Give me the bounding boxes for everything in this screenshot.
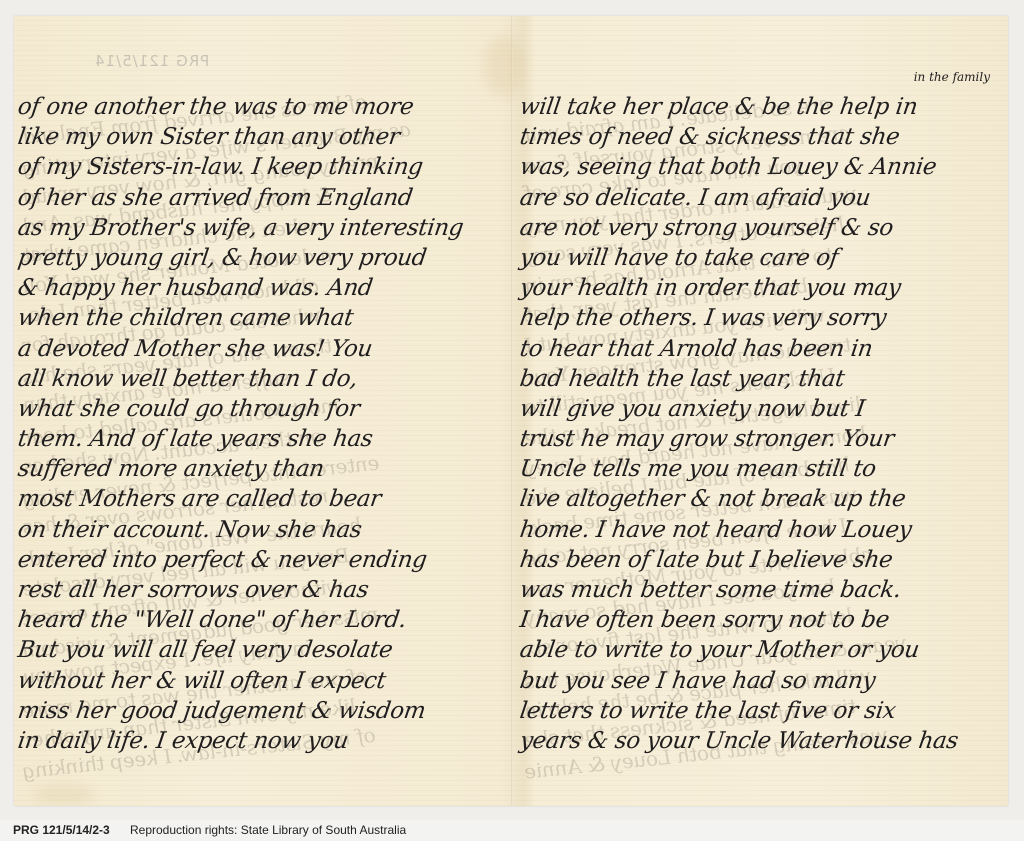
handwritten-line: pretty young girl, & how very prouda dev… bbox=[16, 243, 490, 273]
handwritten-line: without her & will often I expectof one … bbox=[16, 666, 490, 696]
line-text: to hear that Arnold has been in bbox=[518, 336, 874, 362]
line-text: times of need & sickness that she bbox=[518, 124, 901, 150]
line-text: trust he may grow stronger. Your bbox=[518, 426, 895, 452]
handwritten-line: able to write to your Mother or youyears… bbox=[518, 635, 992, 665]
line-text: I have often been sorry not to be bbox=[518, 607, 891, 633]
handwritten-line: of her as she arrived from England& happ… bbox=[16, 183, 490, 213]
line-text: are not very strong yourself & so bbox=[518, 215, 895, 241]
line-text: on their account. Now she has bbox=[16, 517, 363, 543]
handwritten-line: help the others. I was very sorrywill gi… bbox=[518, 303, 992, 333]
handwritten-line: as my Brother's wife, a very interesting… bbox=[16, 213, 490, 243]
line-text: entered into perfect & never ending bbox=[16, 547, 428, 573]
line-text: Uncle tells me you mean still to bbox=[518, 456, 877, 482]
handwritten-line: I have often been sorry not to beletters… bbox=[518, 605, 992, 635]
handwritten-line: all know well better than I do,suffered … bbox=[16, 364, 490, 394]
handwritten-line: entered into perfect & never endingBut y… bbox=[16, 545, 490, 575]
handwritten-line: of one another the was to me moreof her … bbox=[16, 92, 490, 122]
line-text: of her as she arrived from England bbox=[16, 185, 414, 211]
handwritten-line: was, seeing that both Louey & Annieyou w… bbox=[518, 152, 992, 182]
letter-sheet: PRG 121/5/14 of one another the was to m… bbox=[14, 16, 1008, 806]
line-text: letters to write the last five or six bbox=[518, 698, 897, 724]
handwritten-line: like my own Sister than any otheras my B… bbox=[16, 122, 490, 152]
line-text: help the others. I was very sorry bbox=[518, 305, 888, 331]
right-page: will take her place & be the help inare … bbox=[520, 92, 990, 756]
handwritten-line: them. And of late years she hason their … bbox=[16, 424, 490, 454]
line-text: miss her good judgement & wisdom bbox=[16, 698, 427, 724]
line-text: when the children came what bbox=[16, 305, 355, 331]
line-text: pretty young girl, & how very proud bbox=[16, 245, 428, 271]
handwritten-line: times of need & sickness that sheare not… bbox=[518, 122, 992, 152]
line-text: you will have to take care of bbox=[518, 245, 840, 271]
record-id: PRG 121/5/14/2-3 bbox=[13, 820, 110, 841]
line-text: in daily life. I expect now you bbox=[16, 728, 350, 754]
handwritten-line: was much better some time back.but you s… bbox=[518, 575, 992, 605]
line-text: heard the "Well done" of her Lord. bbox=[16, 607, 408, 633]
line-text: your health in order that you may bbox=[518, 275, 902, 301]
left-page: of one another the was to me moreof her … bbox=[18, 92, 488, 756]
handwritten-line: will take her place & be the help inare … bbox=[518, 92, 992, 122]
handwritten-line: you will have to take care ofto hear tha… bbox=[518, 243, 992, 273]
line-text: was much better some time back. bbox=[518, 577, 902, 603]
handwritten-line: are not very strong yourself & sohelp th… bbox=[518, 213, 992, 243]
line-text: suffered more anxiety than bbox=[16, 456, 325, 482]
interlinear-insertion: in the family bbox=[914, 70, 990, 84]
handwritten-line: will give you anxiety now but Ilive alto… bbox=[518, 394, 992, 424]
caption-bar: PRG 121/5/14/2-3 Reproduction rights: St… bbox=[0, 820, 1024, 841]
archive-stamp: PRG 121/5/14 bbox=[94, 52, 209, 70]
line-text: rest all her sorrows over & has bbox=[16, 577, 370, 603]
handwritten-line: but you see I have had so manywill take … bbox=[518, 666, 992, 696]
line-text: able to write to your Mother or you bbox=[518, 637, 921, 663]
line-text: bad health the last year, that bbox=[518, 366, 846, 392]
line-text: But you will all feel very desolate bbox=[16, 637, 394, 663]
handwritten-line: when the children came whatwhat she coul… bbox=[16, 303, 490, 333]
line-text: was, seeing that both Louey & Annie bbox=[518, 154, 938, 180]
page-fold bbox=[511, 16, 513, 806]
line-text: home. I have not heard how Louey bbox=[518, 517, 913, 543]
handwritten-line: has been of late but I believe sheable t… bbox=[518, 545, 992, 575]
handwritten-line: live altogether & not break up thewas mu… bbox=[518, 484, 992, 514]
handwritten-line: of my Sisters-in-law. I keep thinkingpre… bbox=[16, 152, 490, 182]
handwritten-line: home. I have not heard how LoueyI have o… bbox=[518, 515, 992, 545]
handwritten-line: bad health the last year, thatUncle tell… bbox=[518, 364, 992, 394]
line-text: of my Sisters-in-law. I keep thinking bbox=[16, 154, 424, 180]
line-text: like my own Sister than any other bbox=[16, 124, 401, 150]
line-text: them. And of late years she has bbox=[16, 426, 374, 452]
handwritten-line: most Mothers are called to bearrest all … bbox=[16, 484, 490, 514]
line-text: has been of late but I believe she bbox=[518, 547, 894, 573]
line-text: will give you anxiety now but I bbox=[518, 396, 866, 422]
handwritten-line: miss her good judgement & wisdomlike my … bbox=[16, 696, 490, 726]
handwritten-line: suffered more anxiety thanentered into p… bbox=[16, 454, 490, 484]
line-text: but you see I have had so many bbox=[518, 668, 877, 694]
document-viewer: PRG 121/5/14 of one another the was to m… bbox=[0, 0, 1024, 841]
handwritten-line: & happy her husband was. Andall know wel… bbox=[16, 273, 490, 303]
handwritten-line: what she could go through formost Mother… bbox=[16, 394, 490, 424]
handwritten-line: a devoted Mother she was! Youthem. And o… bbox=[16, 334, 490, 364]
handwritten-line: rest all her sorrows over & haswithout h… bbox=[16, 575, 490, 605]
line-text: will take her place & be the help in bbox=[518, 94, 919, 120]
handwritten-line: Uncle tells me you mean still tohas been… bbox=[518, 454, 992, 484]
handwritten-line: letters to write the last five or sixtim… bbox=[518, 696, 992, 726]
line-text: all know well better than I do, bbox=[16, 366, 359, 392]
line-text: a devoted Mother she was! You bbox=[16, 336, 374, 362]
reproduction-rights: Reproduction rights: State Library of So… bbox=[130, 820, 406, 841]
handwritten-line: But you will all feel very desolatein da… bbox=[16, 635, 490, 665]
handwritten-line: are so delicate. I am afraid youyour hea… bbox=[518, 183, 992, 213]
handwritten-line: years & so your Uncle Waterhouse haswas,… bbox=[518, 726, 992, 756]
line-text: what she could go through for bbox=[16, 396, 361, 422]
line-text: most Mothers are called to bear bbox=[16, 486, 382, 512]
handwritten-line: your health in order that you maybad hea… bbox=[518, 273, 992, 303]
line-text: without her & will often I expect bbox=[16, 668, 387, 694]
handwritten-line: trust he may grow stronger. Yourhome. I … bbox=[518, 424, 992, 454]
paper-stain bbox=[34, 786, 94, 804]
paper-stain bbox=[484, 36, 524, 96]
line-text: years & so your Uncle Waterhouse has bbox=[518, 728, 959, 754]
line-text: of one another the was to me more bbox=[16, 94, 415, 120]
line-text: & happy her husband was. And bbox=[16, 275, 374, 301]
line-text: as my Brother's wife, a very interesting bbox=[16, 215, 465, 241]
line-text: live altogether & not break up the bbox=[518, 486, 907, 512]
handwritten-line: on their account. Now she hasheard the "… bbox=[16, 515, 490, 545]
handwritten-line: heard the "Well done" of her Lord.miss h… bbox=[16, 605, 490, 635]
line-text: are so delicate. I am afraid you bbox=[518, 185, 872, 211]
handwritten-line: to hear that Arnold has been intrust he … bbox=[518, 334, 992, 364]
handwritten-line: in daily life. I expect now youof my Sis… bbox=[16, 726, 490, 756]
